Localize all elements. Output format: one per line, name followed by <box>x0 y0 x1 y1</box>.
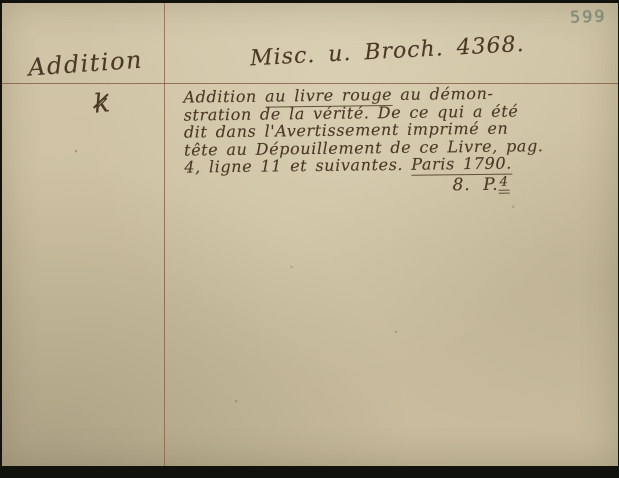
catalog-card-photo: Addition Misc. u. Broch. 4368. 599 k Add… <box>0 0 619 478</box>
colophon-mark: P. <box>483 175 499 195</box>
entry-imprint-underlined: Paris 1790. <box>411 154 512 176</box>
entry-description: Addition au livre rouge au démon- strati… <box>183 83 606 198</box>
collection-shelfmark-title: Misc. u. Broch. 4368. <box>250 32 531 72</box>
colophon-format: 8. <box>452 175 470 195</box>
margin-check-mark: k <box>92 88 111 119</box>
colophon-number: 4 <box>498 175 510 194</box>
vertical-rule <box>164 3 165 466</box>
heading-word-label: Addition <box>27 44 161 81</box>
entry-colophon: 8. P.4 <box>184 172 606 198</box>
entry-line-1-pre: Addition <box>183 87 265 107</box>
page-number-stamp: 599 <box>570 6 607 26</box>
entry-line-5-pre: 4, ligne 11 et suivantes. <box>184 155 411 177</box>
catalog-card: Addition Misc. u. Broch. 4368. 599 k Add… <box>2 3 618 466</box>
